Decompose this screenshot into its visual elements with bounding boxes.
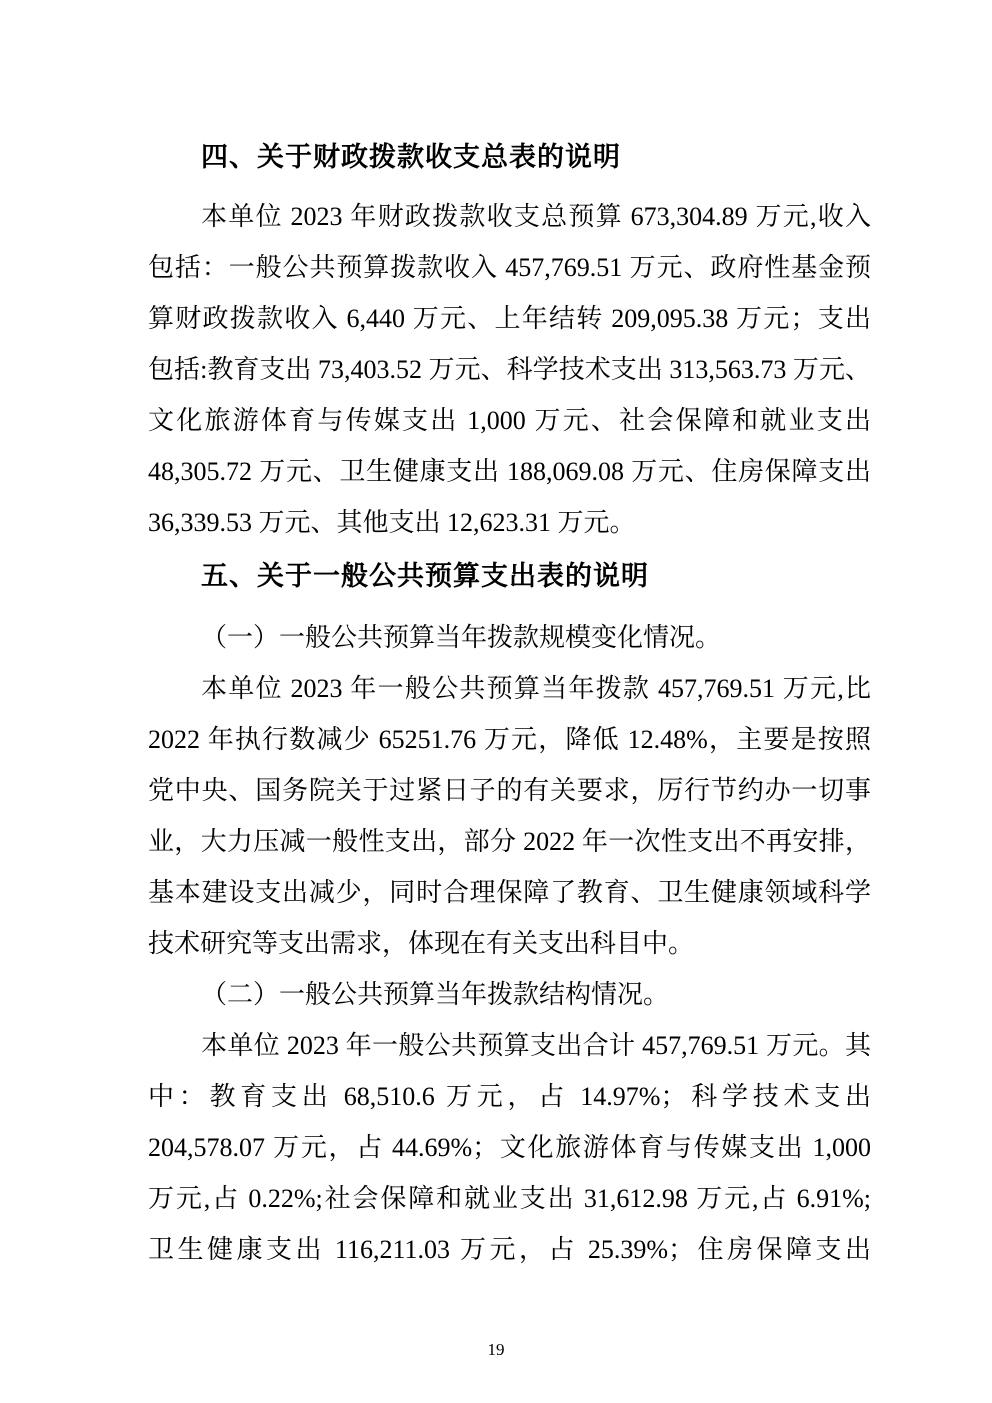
paragraph-line: 本单位 2023 年财政拨款收支总预算 673,304.89 万元,收入 xyxy=(148,191,871,242)
paragraph-line: 包括：一般公共预算拨款收入 457,769.51 万元、政府性基金预 xyxy=(148,242,871,293)
section-heading-5: 五、关于一般公共预算支出表的说明 xyxy=(148,556,871,596)
paragraph-line: 文化旅游体育与传媒支出 1,000 万元、社会保障和就业支出 xyxy=(148,395,871,446)
paragraph-line: 党中央、国务院关于过紧日子的有关要求，厉行节约办一切事 xyxy=(148,765,871,816)
paragraph-line: 本单位 2023 年一般公共预算当年拨款 457,769.51 万元,比 xyxy=(148,663,871,714)
subsection-title-2: （二）一般公共预算当年拨款结构情况。 xyxy=(148,969,871,1020)
paragraph-line: 中：教育支出 68,510.6 万元，占 14.97%；科学技术支出 xyxy=(148,1071,871,1122)
paragraph-line: 卫生健康支出 116,211.03 万元，占 25.39%；住房保障支出 xyxy=(148,1224,871,1275)
paragraph-line: 业，大力压减一般性支出，部分 2022 年一次性支出不再安排， xyxy=(148,816,871,867)
paragraph-fiscal-appropriation-summary: 本单位 2023 年财政拨款收支总预算 673,304.89 万元,收入 包括：… xyxy=(148,191,871,548)
section-heading-4: 四、关于财政拨款收支总表的说明 xyxy=(148,137,871,177)
paragraph-line: 36,339.53 万元、其他支出 12,623.31 万元。 xyxy=(148,497,871,548)
paragraph-line: 万元,占 0.22%;社会保障和就业支出 31,612.98 万元,占 6.91… xyxy=(148,1173,871,1224)
paragraph-line: 48,305.72 万元、卫生健康支出 188,069.08 万元、住房保障支出 xyxy=(148,446,871,497)
paragraph-appropriation-scale-change: 本单位 2023 年一般公共预算当年拨款 457,769.51 万元,比 202… xyxy=(148,663,871,969)
paragraph-line: 本单位 2023 年一般公共预算支出合计 457,769.51 万元。其 xyxy=(148,1020,871,1071)
page-content: 四、关于财政拨款收支总表的说明 本单位 2023 年财政拨款收支总预算 673,… xyxy=(148,137,871,1275)
document-page: 四、关于财政拨款收支总表的说明 本单位 2023 年财政拨款收支总预算 673,… xyxy=(0,0,992,1403)
paragraph-appropriation-structure: 本单位 2023 年一般公共预算支出合计 457,769.51 万元。其 中：教… xyxy=(148,1020,871,1275)
paragraph-line: 204,578.07 万元，占 44.69%；文化旅游体育与传媒支出 1,000 xyxy=(148,1122,871,1173)
page-number: 19 xyxy=(0,1340,992,1360)
paragraph-line: 算财政拨款收入 6,440 万元、上年结转 209,095.38 万元；支出 xyxy=(148,293,871,344)
paragraph-line: 技术研究等支出需求，体现在有关支出科目中。 xyxy=(148,918,871,969)
paragraph-line: 包括:教育支出 73,403.52 万元、科学技术支出 313,563.73 万… xyxy=(148,344,871,395)
paragraph-line: 基本建设支出减少，同时合理保障了教育、卫生健康领域科学 xyxy=(148,867,871,918)
subsection-title-1: （一）一般公共预算当年拨款规模变化情况。 xyxy=(148,612,871,663)
paragraph-line: 2022 年执行数减少 65251.76 万元，降低 12.48%，主要是按照 xyxy=(148,714,871,765)
